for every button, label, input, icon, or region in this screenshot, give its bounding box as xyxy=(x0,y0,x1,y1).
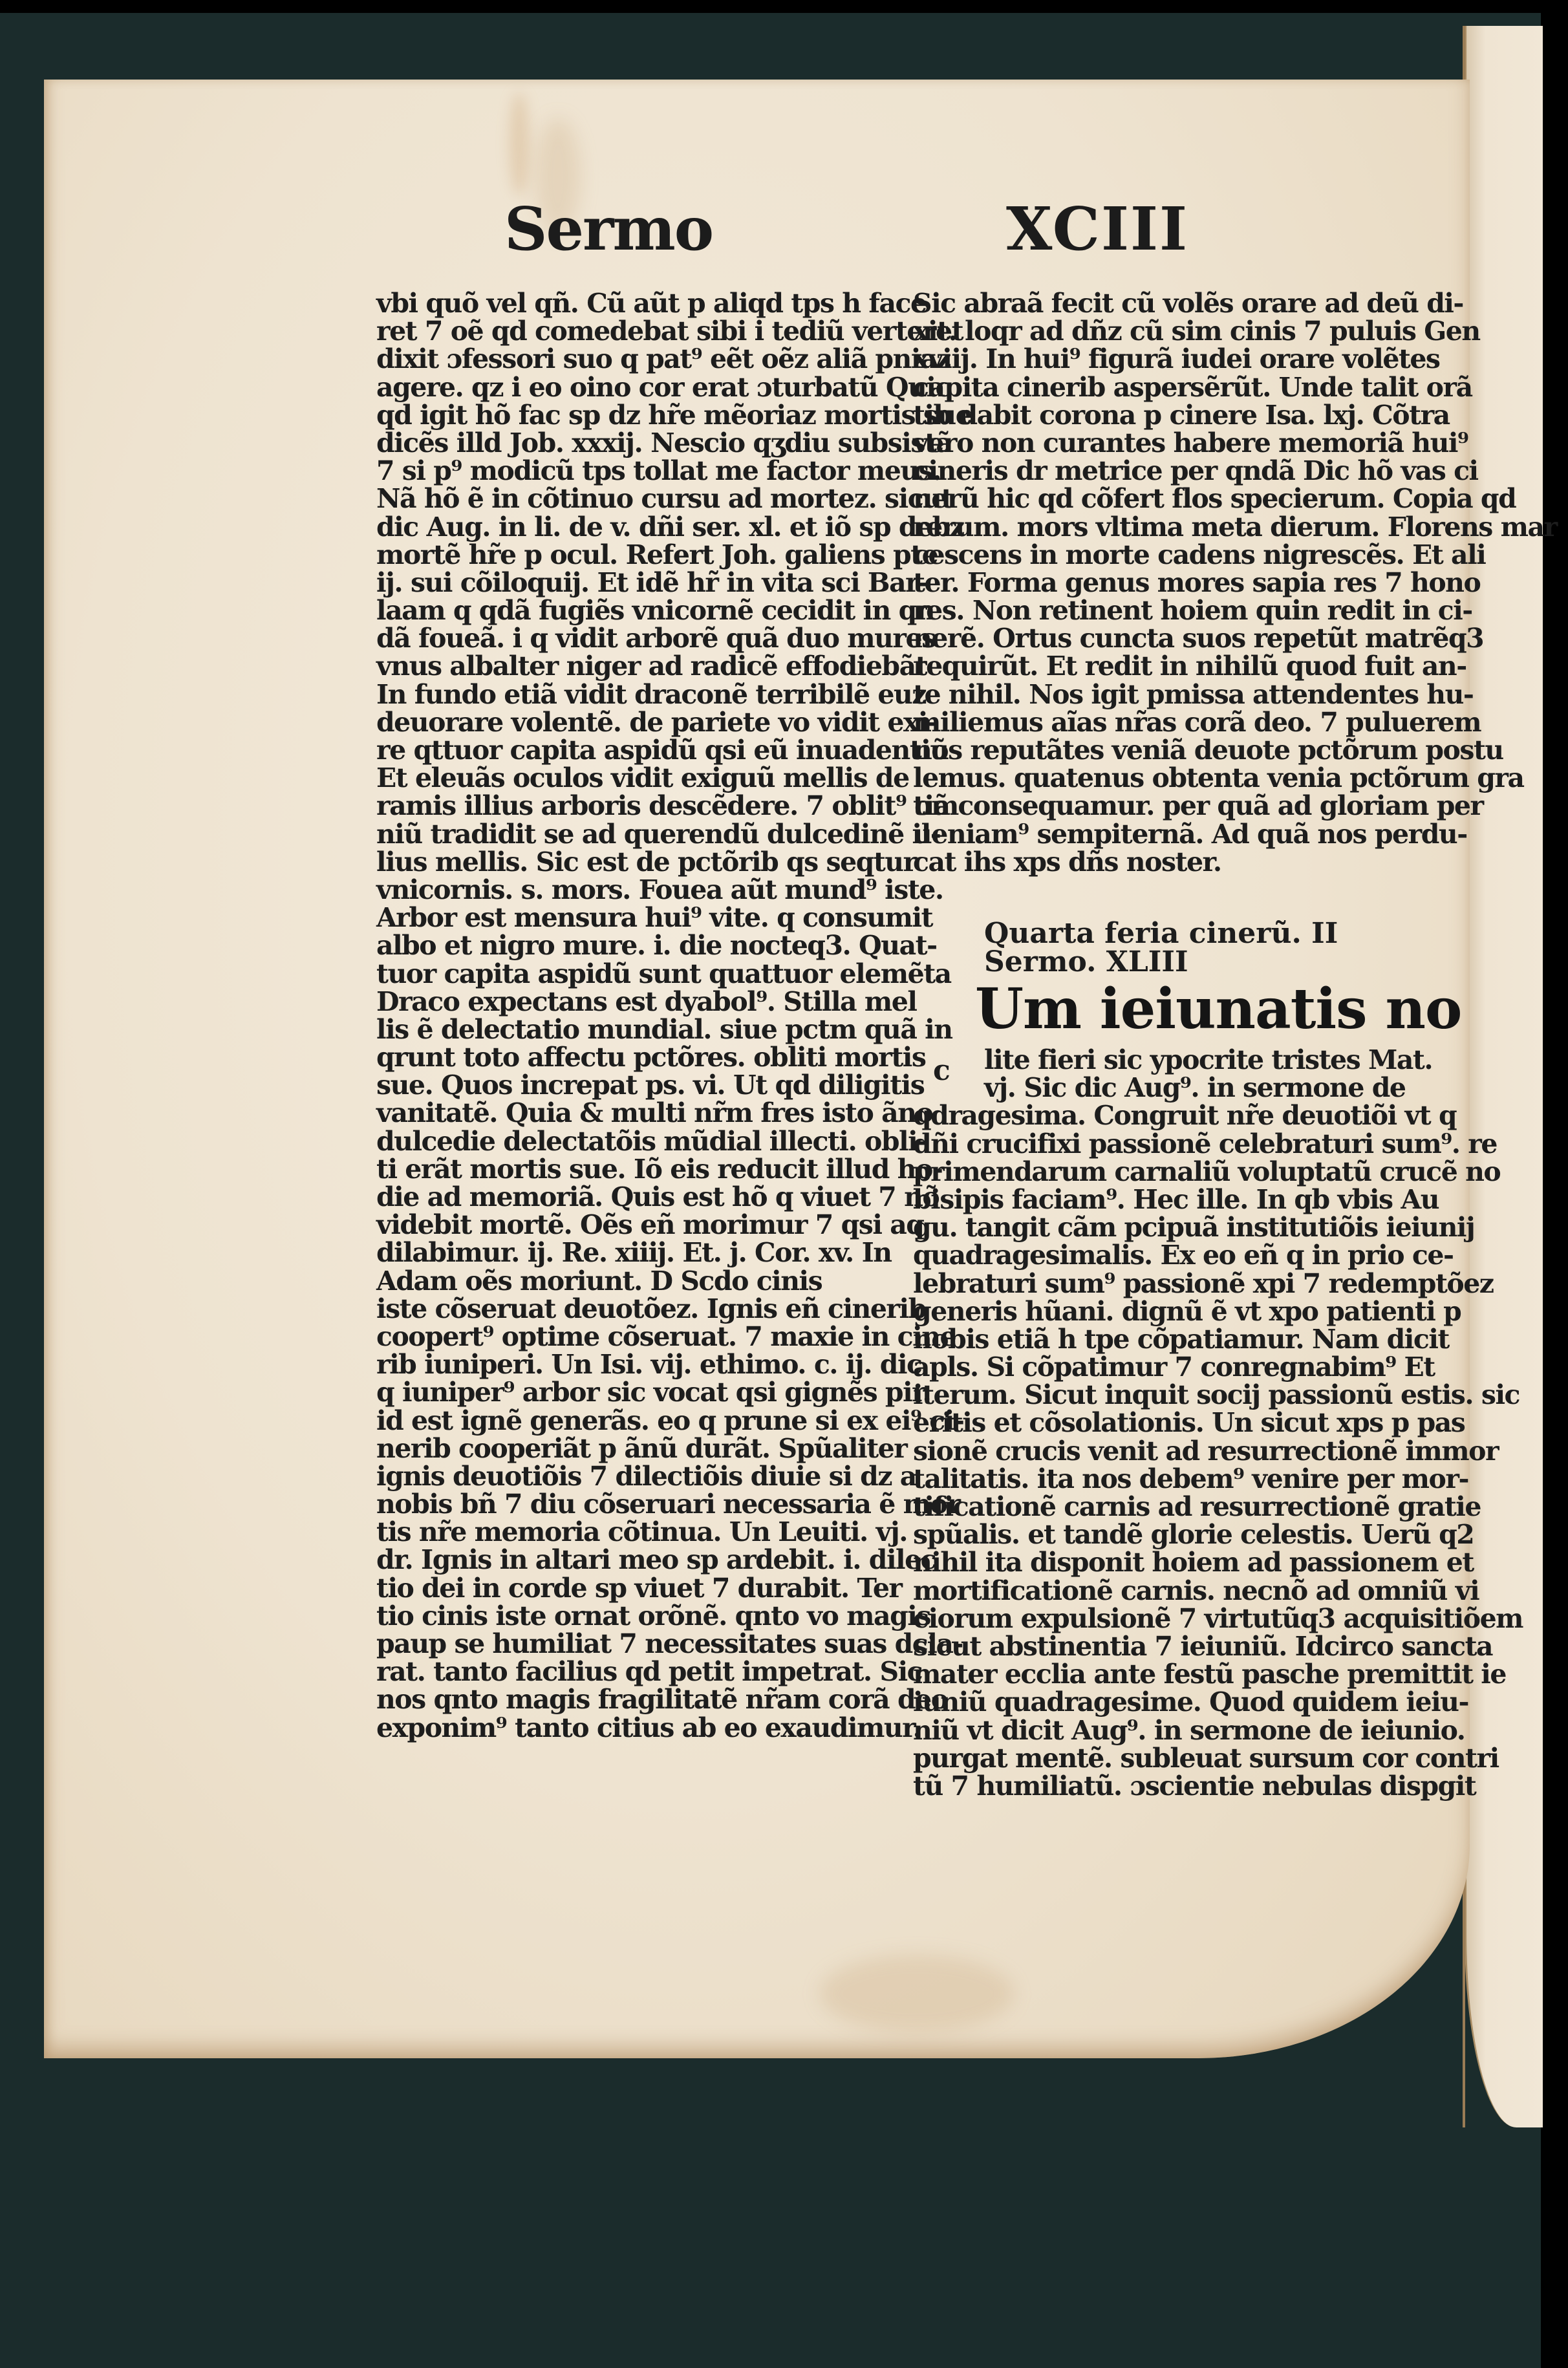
text-line: dã foueã. i q vidit arborẽ quã duo mures xyxy=(376,625,907,652)
text-line: dicẽs illd Job. xxxij. Nescio qʒdiu subs… xyxy=(376,429,907,457)
paper-stain xyxy=(820,1955,1014,2032)
text-line: re qttuor capita aspidũ qsi eũ inuadenti… xyxy=(376,737,907,764)
text-line: iuniũ quadragesime. Quod quidem ieiu- xyxy=(913,1688,1476,1716)
left-text-column: vbi quõ vel qñ. Cũ aũt p aliqd tps h fac… xyxy=(376,290,907,1742)
text-line: dulcedie delectatõis mũdial illecti. obl… xyxy=(376,1128,907,1156)
text-line: tũ 7 humiliatũ. ɔscientie nebulas dispgi… xyxy=(913,1772,1476,1800)
text-line: quadragesimalis. Ex eo eñ q in prio ce- xyxy=(913,1242,1476,1269)
running-head: Sermo XCIII xyxy=(504,194,1568,272)
text-line: qd igit hõ fac sp dz hr̃e mẽoriaz mortis… xyxy=(376,402,907,429)
text-line: rerum. mors vltima meta dierum. Florens … xyxy=(913,513,1476,541)
text-line: nerũ hic qd cõfert flos specierum. Copia… xyxy=(913,485,1476,513)
text-line: apls. Si cõpatimur 7 conregnabim⁹ Et xyxy=(913,1353,1476,1381)
text-line: die ad memoriã. Quis est hõ q viuet 7 nõ xyxy=(376,1183,907,1211)
text-line: talitatis. ita nos debem⁹ venire per mor… xyxy=(913,1465,1476,1493)
text-line: paup se humiliat 7 necessitates suas dcl… xyxy=(376,1630,907,1658)
text-line: 7 si p⁹ modicũ tps tollat me factor meus… xyxy=(376,457,907,485)
text-line: lebraturi sum⁹ passionẽ xpi 7 redemptõez xyxy=(913,1270,1476,1298)
text-line: qrunt toto affectu pctõres. obliti morti… xyxy=(376,1044,907,1071)
text-line: vj. Sic dic Aug⁹. in sermone de xyxy=(913,1074,1476,1102)
text-line: lius mellis. Sic est de pctõrib qs seqtu… xyxy=(376,848,907,876)
text-line: ueniam⁹ sempiternã. Ad quã nos perdu- xyxy=(913,821,1476,848)
text-line: eritis et cõsolationis. Un sicut xps p p… xyxy=(913,1409,1476,1437)
text-line: Sic abraã fecit cũ volẽs orare ad deũ di… xyxy=(913,290,1476,318)
text-line: qdragesima. Congruit nr̃e deuotiõi vt q xyxy=(913,1102,1476,1130)
running-head-title: Sermo xyxy=(504,194,713,264)
text-line: ciorum expulsionẽ 7 virtutũq3 acquisitiõ… xyxy=(913,1605,1476,1633)
text-line: tificationẽ carnis ad resurrectionẽ grat… xyxy=(913,1493,1476,1521)
text-line: mortẽ hr̃e p ocul. Refert Joh. galiens p… xyxy=(376,541,907,569)
text-line: Nã hõ ẽ in cõtinuo cursu ad mortez. sicu… xyxy=(376,485,907,513)
text-line: nerẽ. Ortus cuncta suos repetũt matrẽq3 xyxy=(913,625,1476,652)
text-line: vanitatẽ. Quia & multi nr̃m fres isto ãn… xyxy=(376,1099,907,1127)
text-line: ij. sui cõiloquij. Et idẽ hr̃ in vita sc… xyxy=(376,569,907,597)
text-line: mater ecclia ante festũ pasche premittit… xyxy=(913,1661,1476,1688)
text-line: niũ tradidit se ad querendũ dulcedinẽ il… xyxy=(376,821,907,848)
text-line: tio dei in corde sp viuet 7 durabit. Ter xyxy=(376,1575,907,1602)
text-line: agere. qz i eo oino cor erat ɔturbatũ Qu… xyxy=(376,374,907,402)
text-line: nobis etiã h tpe cõpatiamur. Nam dicit xyxy=(913,1326,1476,1353)
text-line: dic Aug. in li. de v. dñi ser. xl. et iõ… xyxy=(376,513,907,541)
text-line: Et eleuãs oculos vidit exiguũ mellis de xyxy=(376,764,907,792)
text-line: Draco expectans est dyabol⁹. Stilla mel xyxy=(376,988,907,1016)
text-line: iste cõseruat deuotõez. Ignis eñ cinerib xyxy=(376,1295,907,1323)
text-line: tiã consequamur. per quã ad gloriam per xyxy=(913,792,1476,820)
text-line: purgat mentẽ. subleuat sursum cor contri xyxy=(913,1745,1476,1772)
text-line: ter. Forma genus mores sapia res 7 hono xyxy=(913,569,1476,597)
text-line: spũalis. et tandẽ glorie celestis. Uerũ … xyxy=(913,1521,1476,1549)
text-line: dñi crucifixi passionẽ celebraturi sum⁹.… xyxy=(913,1130,1476,1158)
text-line: tib dabit corona p cinere Isa. lxj. Cõtr… xyxy=(913,402,1476,429)
text-line: cescens in morte cadens nigrescẽs. Et al… xyxy=(913,541,1476,569)
text-line: niũ vt dicit Aug⁹. in sermone de ieiunio… xyxy=(913,1717,1476,1745)
text-line: nos reputãtes veniã deuote pctõrum postu xyxy=(913,737,1476,764)
text-line: In fundo etiã vidit draconẽ terribilẽ eu… xyxy=(376,681,907,709)
text-line: te nihil. Nos igit pmissa attendentes hu… xyxy=(913,681,1476,709)
text-line: ignis deuotiõis 7 dilectiõis diuie si dz… xyxy=(376,1463,907,1491)
text-line: videbit mortẽ. Oẽs eñ morimur 7 qsi aq xyxy=(376,1211,907,1239)
text-line: ret 7 oẽ qd comedebat sibi i tediũ verte… xyxy=(376,318,907,345)
text-line: cineris dr metrice per qndã Dic hõ vas c… xyxy=(913,457,1476,485)
text-line: nerib cooperiãt p ãnũ durãt. Spũaliter xyxy=(376,1435,907,1463)
text-line: exponim⁹ tanto citius ab eo exaudimur. xyxy=(376,1714,907,1742)
text-line: dilabimur. ij. Re. xiiij. Et. j. Cor. xv… xyxy=(376,1239,907,1267)
text-line: nihil ita disponit hoiem ad passionem et xyxy=(913,1549,1476,1577)
text-line: Adam oẽs moriunt. D Scdo cinis xyxy=(376,1267,907,1295)
text-line: vnicornis. s. mors. Fouea aũt mund⁹ iste… xyxy=(376,876,907,904)
text-line: dixit ɔfessori suo q pat⁹ eẽt oẽz aliã p… xyxy=(376,345,907,373)
text-line: nos qnto magis fragilitatẽ nr̃am corã de… xyxy=(376,1686,907,1714)
text-line: sue. Quos increpat ps. vi. Ut qd diligit… xyxy=(376,1071,907,1099)
text-line: requirũt. Et redit in nihilũ quod fuit a… xyxy=(913,652,1476,680)
text-line: lis ẽ delectatio mundial. siue pctm quã … xyxy=(376,1016,907,1044)
text-line: res. Non retinent hoiem quin redit in ci… xyxy=(913,597,1476,625)
text-line: lite fieri sic ypocrite tristes Mat. xyxy=(913,1046,1476,1074)
text-line: rib iuniperi. Un Isi. vij. ethimo. c. ij… xyxy=(376,1351,907,1379)
text-line: tio cinis iste ornat orõnẽ. qnto vo magi… xyxy=(376,1602,907,1630)
text-line: albo et nigro mure. i. die nocteq3. Quat… xyxy=(376,932,907,960)
text-line: miliemus aĩas nr̃as corã deo. 7 puluerem xyxy=(913,709,1476,737)
text-line: sionẽ crucis venit ad resurrectionẽ immo… xyxy=(913,1437,1476,1465)
text-line: tis nr̃e memoria cõtinua. Un Leuiti. vj. xyxy=(376,1518,907,1546)
text-line: vbi quõ vel qñ. Cũ aũt p aliqd tps h fac… xyxy=(376,290,907,318)
text-line: id est ignẽ generãs. eo q prune si ex ei… xyxy=(376,1407,907,1435)
text-line: generis hũani. dignũ ẽ vt xpo patienti p xyxy=(913,1298,1476,1326)
text-line: iterum. Sicut inquit socij passionũ esti… xyxy=(913,1381,1476,1409)
scan-right-border xyxy=(1541,0,1568,2368)
right-text-column-top: Sic abraã fecit cũ volẽs orare ad deũ di… xyxy=(913,290,1476,876)
text-line: Arbor est mensura hui⁹ vite. q consumit xyxy=(376,904,907,932)
folio-number: XCIII xyxy=(1006,194,1188,264)
text-line: xviij. In hui⁹ figurã iudei orare volẽte… xyxy=(913,345,1476,373)
text-line: q iuniper⁹ arbor sic vocat qsi gignẽs pi… xyxy=(376,1379,907,1406)
text-line: tuor capita aspidũ sunt quattuor elemẽta xyxy=(376,960,907,988)
text-line: mortificationẽ carnis. necnõ ad omniũ vi xyxy=(913,1577,1476,1605)
right-text-column-bottom: lite fieri sic ypocrite tristes Mat.vj. … xyxy=(913,1046,1476,1800)
text-line: nobis bñ 7 diu cõseruari necessaria ẽ mo… xyxy=(376,1491,907,1518)
text-line: xit. loqr ad dñz cũ sim cinis 7 puluis G… xyxy=(913,318,1476,345)
text-line: gu. tangit cãm pcipuã institutiõis ieiun… xyxy=(913,1214,1476,1242)
text-line: dr. Ignis in altari meo sp ardebit. i. d… xyxy=(376,1546,907,1574)
text-line: vero non curantes habere memoriã hui⁹ xyxy=(913,429,1476,457)
text-line: vnus albalter niger ad radicẽ effodiebãt xyxy=(376,652,907,680)
text-line: coopert⁹ optime cõseruat. 7 maxie in cin… xyxy=(376,1323,907,1351)
sermon-incipit: Um ieiunatis no xyxy=(975,976,1461,1042)
text-line: capita cinerib aspersẽrũt. Unde talit or… xyxy=(913,374,1476,402)
scan-top-border xyxy=(0,0,1568,13)
text-line: laam q qdã fugiẽs vnicornẽ cecidit in qn xyxy=(376,597,907,625)
text-line: deuorare volentẽ. de pariete vo vidit ex… xyxy=(376,709,907,737)
section-heading-sermon-number: Sermo. XLIII xyxy=(984,945,1188,978)
text-line: cat ihs xps dñs noster. xyxy=(913,848,1476,876)
text-line: ramis illius arboris descẽdere. 7 oblit⁹… xyxy=(376,792,907,820)
text-line: primendarum carnaliũ voluptatũ crucẽ no xyxy=(913,1158,1476,1186)
text-line: bisipis faciam⁹. Hec ille. In qb vbis Au xyxy=(913,1186,1476,1214)
text-line: lemus. quatenus obtenta venia pctõrum gr… xyxy=(913,764,1476,792)
text-line: ti erãt mortis sue. Iõ eis reducit illud… xyxy=(376,1156,907,1183)
text-line: rat. tanto facilius qd petit impetrat. S… xyxy=(376,1658,907,1686)
text-line: sicut abstinentia 7 ieiuniũ. Idcirco san… xyxy=(913,1633,1476,1661)
